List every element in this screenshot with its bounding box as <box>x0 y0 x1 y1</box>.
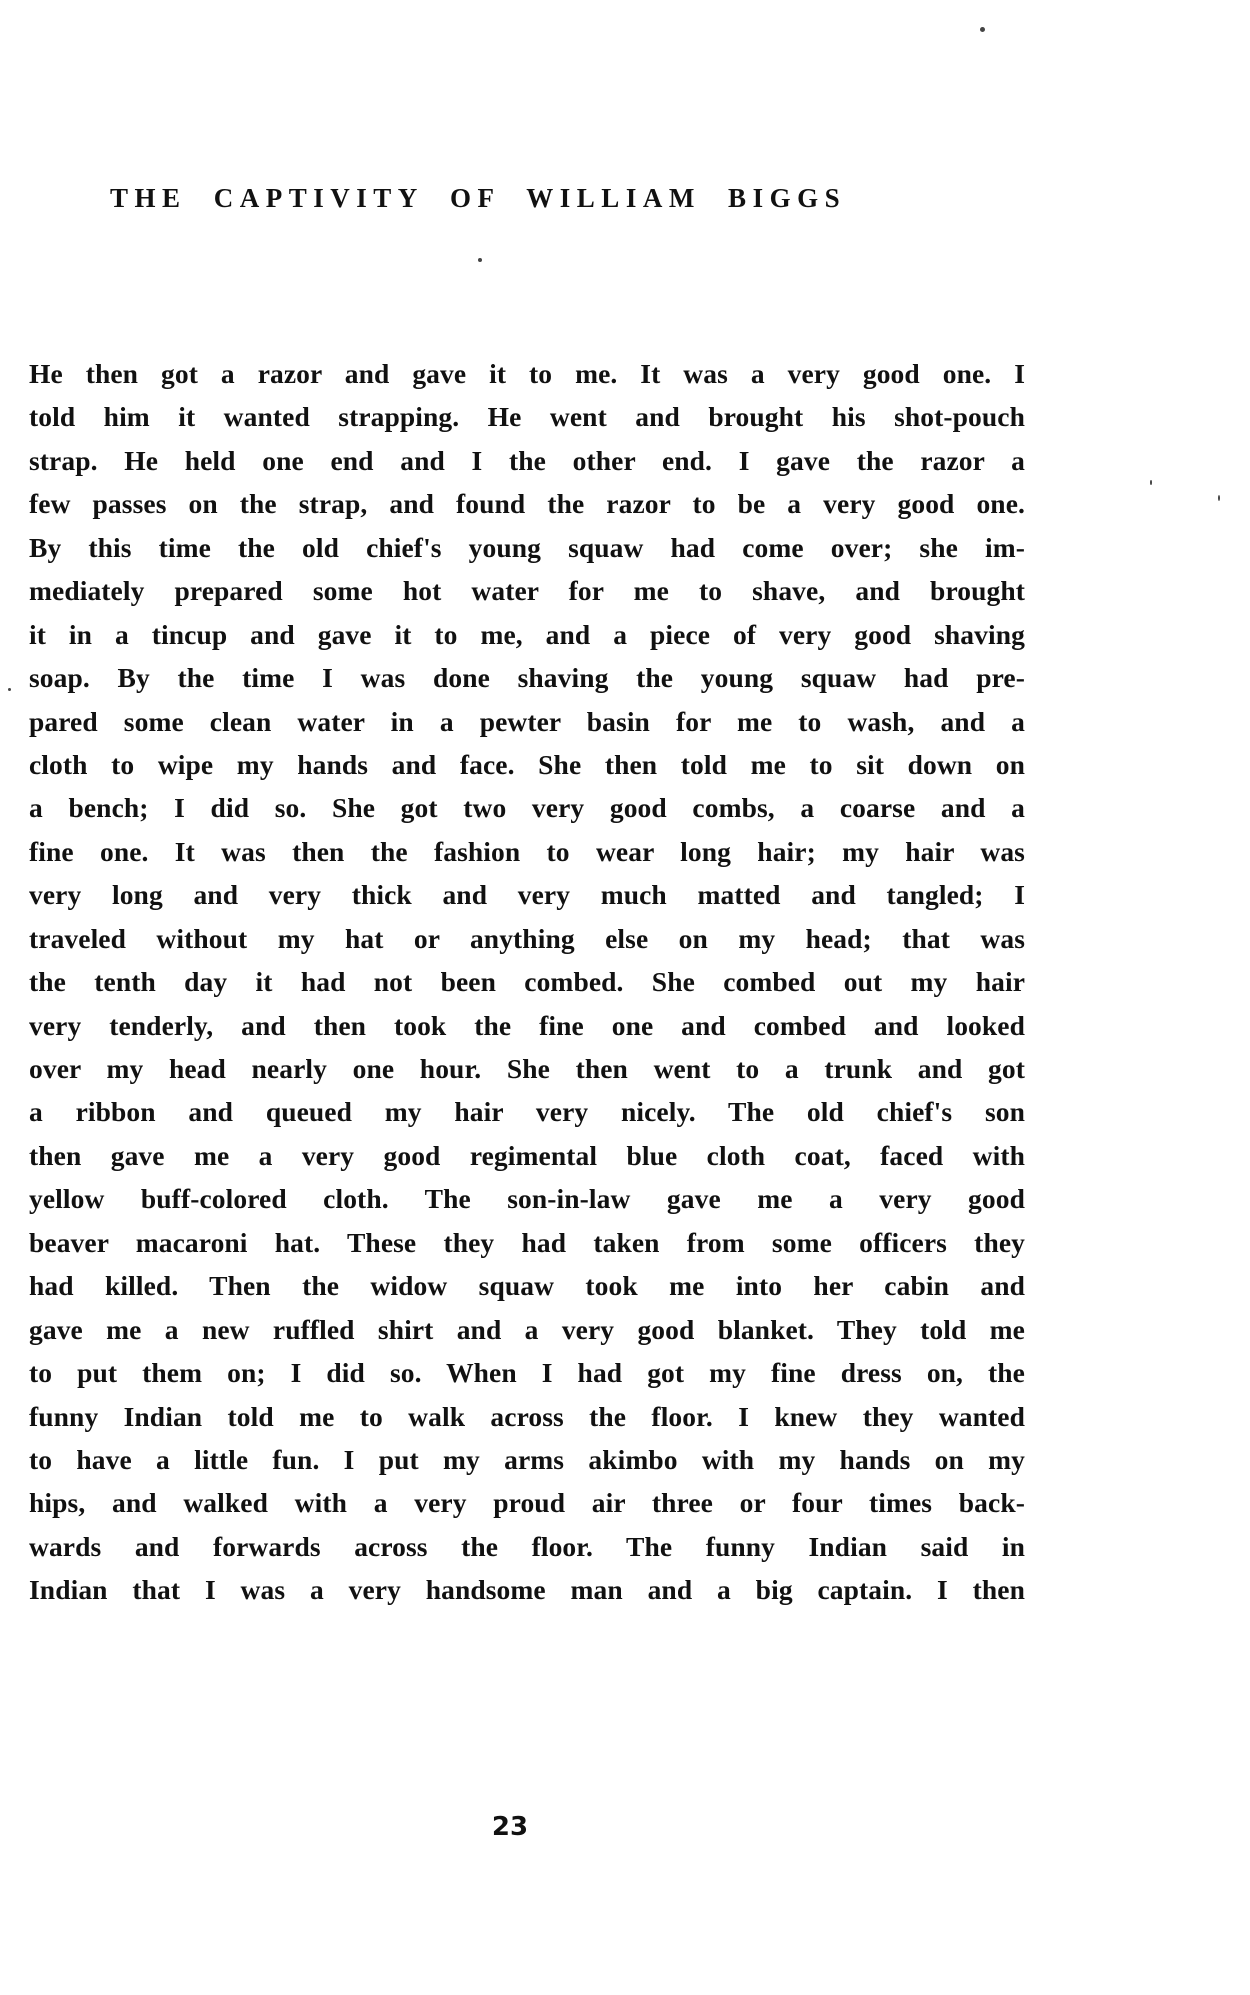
text-line: had killed. Then the widow squaw took me… <box>29 1264 1025 1307</box>
text-line: to have a little fun. I put my arms akim… <box>29 1438 1025 1481</box>
text-line: told him it wanted strapping. He went an… <box>29 395 1025 438</box>
text-line: soap. By the time I was done shaving the… <box>29 656 1025 699</box>
scan-speck <box>478 258 482 262</box>
text-line: beaver macaroni hat. These they had take… <box>29 1221 1025 1264</box>
page-number: 23 <box>480 1812 540 1842</box>
text-line: wards and forwards across the floor. The… <box>29 1525 1025 1568</box>
text-line: hips, and walked with a very proud air t… <box>29 1481 1025 1524</box>
scan-speck <box>1218 495 1220 501</box>
text-line: very tenderly, and then took the fine on… <box>29 1004 1025 1047</box>
text-line: the tenth day it had not been combed. Sh… <box>29 960 1025 1003</box>
running-head: THE CAPTIVITY OF WILLIAM BIGGS <box>110 183 950 214</box>
text-line: pared some clean water in a pewter basin… <box>29 700 1025 743</box>
text-line: yellow buff-colored cloth. The son-in-la… <box>29 1177 1025 1220</box>
text-line: a ribbon and queued my hair very nicely.… <box>29 1090 1025 1133</box>
text-line: to put them on; I did so. When I had got… <box>29 1351 1025 1394</box>
text-line: a bench; I did so. She got two very good… <box>29 786 1025 829</box>
text-line: very long and very thick and very much m… <box>29 873 1025 916</box>
scan-speck <box>980 27 985 32</box>
text-line: then gave me a very good regimental blue… <box>29 1134 1025 1177</box>
text-line: traveled without my hat or anything else… <box>29 917 1025 960</box>
text-line: By this time the old chief's young squaw… <box>29 526 1025 569</box>
text-line: gave me a new ruffled shirt and a very g… <box>29 1308 1025 1351</box>
scan-speck <box>1150 480 1152 485</box>
text-line: it in a tincup and gave it to me, and a … <box>29 613 1025 656</box>
text-line: mediately prepared some hot water for me… <box>29 569 1025 612</box>
text-line: He then got a razor and gave it to me. I… <box>29 352 1025 395</box>
scan-speck <box>8 688 11 691</box>
text-line: cloth to wipe my hands and face. She the… <box>29 743 1025 786</box>
text-line: few passes on the strap, and found the r… <box>29 482 1025 525</box>
text-line: strap. He held one end and I the other e… <box>29 439 1025 482</box>
body-text: He then got a razor and gave it to me. I… <box>29 352 1025 1612</box>
text-line: fine one. It was then the fashion to wea… <box>29 830 1025 873</box>
text-line: Indian that I was a very handsome man an… <box>29 1568 1025 1611</box>
text-line: funny Indian told me to walk across the … <box>29 1395 1025 1438</box>
text-line: over my head nearly one hour. She then w… <box>29 1047 1025 1090</box>
